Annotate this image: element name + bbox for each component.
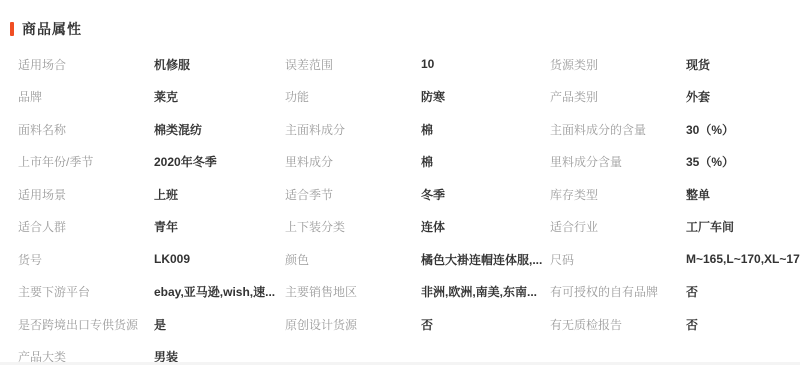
attr-label: 有无质检报告 <box>550 316 686 333</box>
attr-value: 35（%） <box>686 153 734 170</box>
attr-value: 10 <box>421 57 434 71</box>
attr-value: 上班 <box>154 186 178 203</box>
attr-cell: 产品大类 男装 <box>18 348 285 365</box>
attr-value: M~165,L~170,XL~17... <box>686 252 800 266</box>
product-attributes-panel: 商品属性 适用场合 机修服 误差范围 10 货源类别 现货 品牌 莱克 功能 <box>0 0 800 365</box>
attr-label: 误差范围 <box>285 56 421 73</box>
attr-label: 品牌 <box>18 88 154 105</box>
attr-value: 是 <box>154 316 166 333</box>
table-row: 货号 LK009 颜色 橘色大褂连帽连体服,... 尺码 M~165,L~170… <box>18 243 800 276</box>
attr-cell: 尺码 M~165,L~170,XL~17... <box>550 251 800 268</box>
attr-label: 主面料成分 <box>285 121 421 138</box>
attr-label: 尺码 <box>550 251 686 268</box>
attr-cell: 库存类型 整单 <box>550 186 800 203</box>
attr-value: 非洲,欧洲,南美,东南... <box>421 283 537 300</box>
attr-cell: 上下装分类 连体 <box>285 218 550 235</box>
attr-cell: 主面料成分的含量 30（%） <box>550 121 800 138</box>
table-row: 适合人群 青年 上下装分类 连体 适合行业 工厂车间 <box>18 211 800 244</box>
table-row: 上市年份/季节 2020年冬季 里料成分 棉 里料成分含量 35（%） <box>18 146 800 179</box>
attr-label: 库存类型 <box>550 186 686 203</box>
attr-cell: 原创设计货源 否 <box>285 316 550 333</box>
attr-label: 适用场合 <box>18 56 154 73</box>
attr-label: 面料名称 <box>18 121 154 138</box>
attr-cell: 主要销售地区 非洲,欧洲,南美,东南... <box>285 283 550 300</box>
table-row: 面料名称 棉类混纺 主面料成分 棉 主面料成分的含量 30（%） <box>18 113 800 146</box>
attr-cell: 产品类别 外套 <box>550 88 800 105</box>
table-row: 产品大类 男装 <box>18 341 800 365</box>
attr-value: 现货 <box>686 56 710 73</box>
attr-cell: 主要下游平台 ebay,亚马逊,wish,速... <box>18 283 285 300</box>
attr-label: 适用场景 <box>18 186 154 203</box>
attr-value: LK009 <box>154 252 190 266</box>
attr-cell: 误差范围 10 <box>285 56 550 73</box>
attr-cell: 面料名称 棉类混纺 <box>18 121 285 138</box>
attr-cell: 颜色 橘色大褂连帽连体服,... <box>285 251 550 268</box>
attr-label: 适合人群 <box>18 218 154 235</box>
attr-value: 冬季 <box>421 186 445 203</box>
attr-cell: 功能 防寒 <box>285 88 550 105</box>
attr-label: 里料成分 <box>285 153 421 170</box>
attr-value: 男装 <box>154 348 178 365</box>
attr-label: 颜色 <box>285 251 421 268</box>
table-row: 适用场景 上班 适合季节 冬季 库存类型 整单 <box>18 178 800 211</box>
attr-label: 主要销售地区 <box>285 283 421 300</box>
attr-value: 连体 <box>421 218 445 235</box>
attr-value: 否 <box>686 316 698 333</box>
attr-cell: 适用场景 上班 <box>18 186 285 203</box>
attr-value: 棉 <box>421 153 433 170</box>
attr-cell: 里料成分含量 35（%） <box>550 153 800 170</box>
attr-label: 货号 <box>18 251 154 268</box>
attr-value: 否 <box>421 316 433 333</box>
section-header: 商品属性 <box>0 0 800 39</box>
attr-label: 有可授权的自有品牌 <box>550 283 686 300</box>
attr-cell: 适合季节 冬季 <box>285 186 550 203</box>
table-row: 是否跨境出口专供货源 是 原创设计货源 否 有无质检报告 否 <box>18 308 800 341</box>
table-row: 适用场合 机修服 误差范围 10 货源类别 现货 <box>18 48 800 81</box>
attr-label: 主要下游平台 <box>18 283 154 300</box>
attr-value: ebay,亚马逊,wish,速... <box>154 283 275 300</box>
attr-value: 防寒 <box>421 88 445 105</box>
table-row: 主要下游平台 ebay,亚马逊,wish,速... 主要销售地区 非洲,欧洲,南… <box>18 276 800 309</box>
attr-cell: 品牌 莱克 <box>18 88 285 105</box>
attr-value: 机修服 <box>154 56 190 73</box>
attr-value: 30（%） <box>686 121 734 138</box>
attr-cell: 适合人群 青年 <box>18 218 285 235</box>
attr-value: 整单 <box>686 186 710 203</box>
attr-label: 主面料成分的含量 <box>550 121 686 138</box>
attr-cell: 货号 LK009 <box>18 251 285 268</box>
section-title: 商品属性 <box>22 19 82 39</box>
attr-cell: 里料成分 棉 <box>285 153 550 170</box>
attr-value: 2020年冬季 <box>154 153 217 170</box>
attr-cell: 适用场合 机修服 <box>18 56 285 73</box>
section-accent-bar-icon <box>10 22 14 36</box>
attr-cell: 主面料成分 棉 <box>285 121 550 138</box>
attr-value: 工厂车间 <box>686 218 734 235</box>
attr-label: 适合季节 <box>285 186 421 203</box>
attr-cell: 上市年份/季节 2020年冬季 <box>18 153 285 170</box>
attr-cell: 适合行业 工厂车间 <box>550 218 800 235</box>
attr-value: 外套 <box>686 88 710 105</box>
attr-cell: 是否跨境出口专供货源 是 <box>18 316 285 333</box>
attr-cell: 有可授权的自有品牌 否 <box>550 283 800 300</box>
attr-value: 橘色大褂连帽连体服,... <box>421 251 542 268</box>
attr-label: 是否跨境出口专供货源 <box>18 316 154 333</box>
attr-label: 里料成分含量 <box>550 153 686 170</box>
table-row: 品牌 莱克 功能 防寒 产品类别 外套 <box>18 81 800 114</box>
attr-label: 货源类别 <box>550 56 686 73</box>
attr-label: 适合行业 <box>550 218 686 235</box>
attr-value: 莱克 <box>154 88 178 105</box>
attr-label: 原创设计货源 <box>285 316 421 333</box>
attr-cell: 有无质检报告 否 <box>550 316 800 333</box>
attr-label: 上下装分类 <box>285 218 421 235</box>
attr-cell: 货源类别 现货 <box>550 56 800 73</box>
attr-label: 产品大类 <box>18 348 154 365</box>
attr-value: 否 <box>686 283 698 300</box>
attr-value: 棉 <box>421 121 433 138</box>
attr-label: 产品类别 <box>550 88 686 105</box>
attr-label: 功能 <box>285 88 421 105</box>
attributes-table: 适用场合 机修服 误差范围 10 货源类别 现货 品牌 莱克 功能 防寒 产品 <box>0 39 800 365</box>
attr-value: 棉类混纺 <box>154 121 202 138</box>
attr-value: 青年 <box>154 218 178 235</box>
attr-label: 上市年份/季节 <box>18 153 154 170</box>
